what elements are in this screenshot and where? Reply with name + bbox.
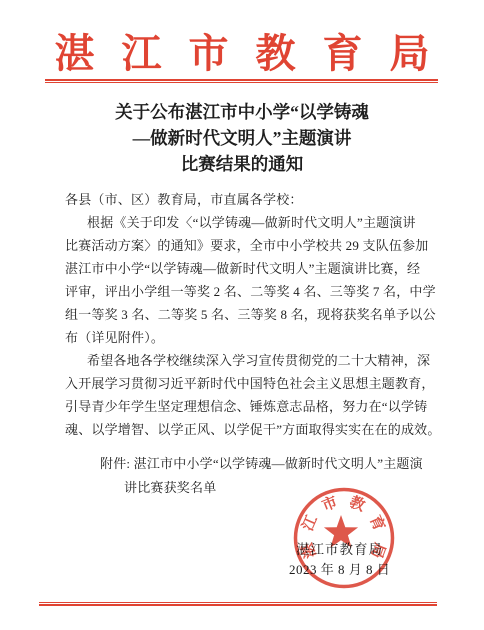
body-line: 评审，评出小学组一等奖 2 名、二等奖 4 名、三等奖 7 名，中学 <box>65 280 437 303</box>
document-body: 各县（市、区）教育局，市直属各学校： 根据《关于印发〈“以学铸魂—做新时代文明人… <box>65 188 437 441</box>
official-seal-stamp: 湛 江 市 教 育 局 <box>288 484 400 594</box>
agency-header: 湛江市教育局 <box>0 22 484 79</box>
seal-char: 湛 <box>299 541 320 561</box>
title-line-1: 关于公布湛江市中小学“以学铸魂 <box>0 99 484 125</box>
title-line-3: 比赛结果的通知 <box>0 151 484 177</box>
seal-star-icon <box>324 515 358 548</box>
body-line: 希望各地各学校继续深入学习宣传贯彻党的二十大精神，深 <box>65 349 437 372</box>
title-line-2: —做新时代文明人”主题演讲 <box>0 125 484 151</box>
header-divider-line <box>45 79 438 83</box>
body-line: 湛江市中小学“以学铸魂—做新时代文明人”主题演讲比赛，经 <box>65 257 437 280</box>
body-line: 根据《关于印发〈“以学铸魂—做新时代文明人”主题演讲 <box>65 211 437 234</box>
body-line: 入开展学习贯彻习近平新时代中国特色社会主义思想主题教育， <box>65 372 437 395</box>
salutation-line: 各县（市、区）教育局，市直属各学校： <box>65 188 437 211</box>
body-line: 魂、以学增智、以学正风、以学促干”方面取得实实在在的成效。 <box>65 418 437 441</box>
document-page: 湛江市教育局 关于公布湛江市中小学“以学铸魂 —做新时代文明人”主题演讲 比赛结… <box>0 0 484 630</box>
body-line: 比赛活动方案〉的通知》要求，全市中小学校共 29 支队伍参加 <box>65 234 437 257</box>
body-line: 组一等奖 3 名、二等奖 5 名、三等奖 8 名，现将获奖名单予以公 <box>65 303 437 326</box>
seal-char: 局 <box>367 541 388 561</box>
seal-char: 教 <box>347 493 368 515</box>
attachment-line-1: 附件: 湛江市中小学“以学铸魂—做新时代文明人”主题演 <box>65 452 437 476</box>
document-title: 关于公布湛江市中小学“以学铸魂 —做新时代文明人”主题演讲 比赛结果的通知 <box>0 99 484 177</box>
footer-divider-line <box>39 602 437 606</box>
body-line: 引导青少年学生坚定理想信念、锤炼意志品格，努力在“以学铸 <box>65 395 437 418</box>
body-line: 布（详见附件）。 <box>65 326 437 349</box>
